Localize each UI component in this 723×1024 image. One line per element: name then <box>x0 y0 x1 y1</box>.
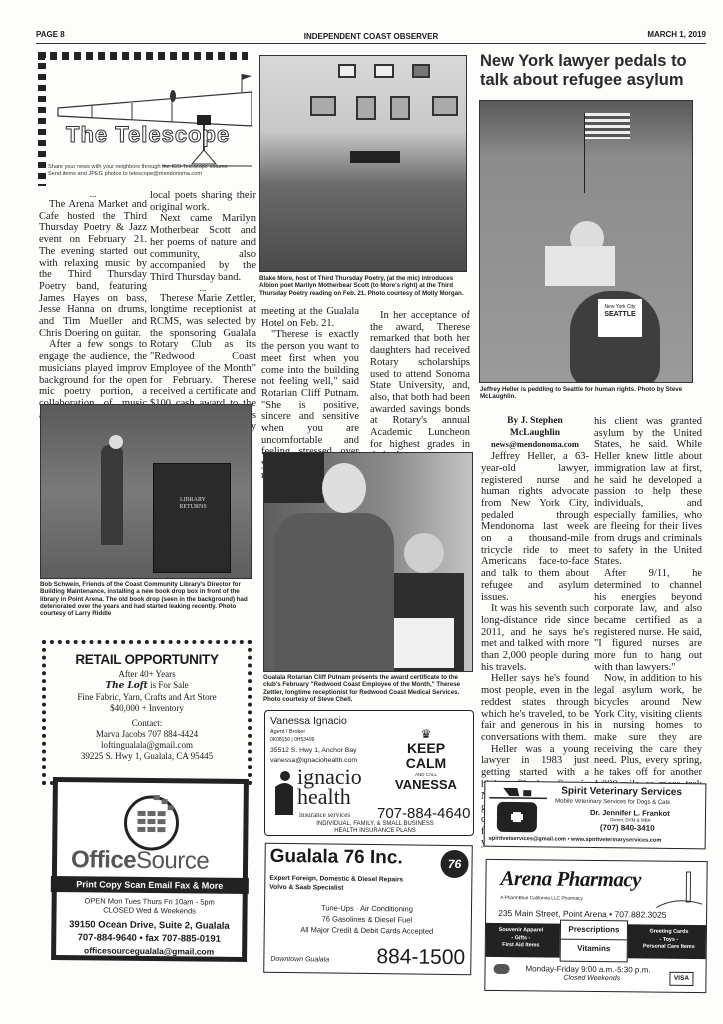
service-line: Volvo & Saab Specialist <box>269 883 403 894</box>
poetry-photo-caption: Blake More, host of Third Thursday Poetr… <box>259 275 469 297</box>
gualala76-phone: 884-1500 <box>376 945 465 970</box>
keep-calm-block: ♛ KEEP CALM AND CALL VANESSA <box>381 727 471 792</box>
retail-title: RETAIL OPPORTUNITY <box>46 652 248 667</box>
arena-pharmacy-title: Arena Pharmacy <box>500 866 641 892</box>
paragraph: local poets sharing their original work. <box>150 190 256 213</box>
pharmacy-hours: Monday-Friday 9:00 a.m.-5:30 p.m. <box>526 964 651 974</box>
ignacio-health-ad: Vanessa Ignacio Agent / Broker 0K08156 |… <box>264 710 474 836</box>
address-text: 235 Main Street, Point Arena • 707.882.3… <box>498 908 666 920</box>
tagline-line: INDIVIDUAL, FAMILY, & SMALL BUSINESS <box>295 821 455 828</box>
film-border-top <box>38 52 248 60</box>
page-header: PAGE 8 INDEPENDENT COAST OBSERVER MARCH … <box>36 28 706 44</box>
visa-icon: VISA <box>669 972 693 986</box>
arena-pharmacy-subtitle: A PharmBlue California LLC Pharmacy <box>500 896 583 902</box>
spirit-vet-contact[interactable]: spiritvetservices@gmail.com • www.spirit… <box>489 836 662 844</box>
paragraph: Jeffrey Heller, a 63-year-old lawyer, re… <box>481 451 589 603</box>
spirit-vet-phone: (707) 840-3410 <box>600 823 655 833</box>
telescope-note: Share your news with your neighbors thro… <box>48 164 228 178</box>
poetry-event-photo <box>259 55 467 272</box>
brand-sub: insurance services <box>299 811 350 819</box>
note-line: Send items and JPEG photos to telescope@… <box>48 171 228 178</box>
arena-services-bar: Souvenir Apparel - Gifts - First Aid Ite… <box>486 923 706 959</box>
agent-license: 0K08156 | 0H53499 <box>270 737 314 743</box>
paragraph: In her acceptance of the award, Therese … <box>370 310 470 462</box>
retail-line: The Loft is For Sale <box>46 680 248 692</box>
spirit-vet-ad: Spirit Veterinary Services Mobile Veteri… <box>484 781 707 850</box>
film-border-left <box>38 52 46 186</box>
agent-address: 35512 S. Hwy 1, Anchor Bay <box>270 747 357 754</box>
contact-name: Marva Jacobs 707 884-4424 <box>46 729 248 740</box>
note-line: Share your news with your neighbors thro… <box>48 164 228 171</box>
byline-email[interactable]: news@mendonoma.com <box>481 439 589 451</box>
officesource-brand: OfficeSource <box>71 846 209 875</box>
spirit-vet-doctor: Dr. Jennifer L. Frankot <box>590 808 670 818</box>
spirit-vet-creds: Owner, DVM & MBA <box>610 817 651 822</box>
service-item: First Aid Items <box>488 942 554 950</box>
brand-office: Office <box>71 846 136 874</box>
byline: By J. Stephen McLaughlin <box>481 416 589 439</box>
retail-price: $40,000 + Inventory <box>46 703 248 714</box>
mastercard-icon <box>493 964 509 974</box>
american-flag-icon <box>584 113 630 139</box>
vanessa-text: VANESSA <box>381 778 471 792</box>
contact-address: 39225 S. Hwy 1, Gualala, CA 95445 <box>46 751 248 762</box>
retail-line: After 40+ Years <box>46 669 248 680</box>
agent-name: Vanessa Ignacio <box>270 715 347 727</box>
issue-date: MARCH 1, 2019 <box>647 30 706 39</box>
officesource-services-bar: Print Copy Scan Email Fax & More <box>51 876 249 894</box>
pharmacy-closed: Closed Weekends <box>563 975 620 983</box>
paragraph: Heller says he's found most people, even… <box>481 673 589 743</box>
arena-pharmacy-ad: Arena Pharmacy A PharmBlue California LL… <box>484 859 707 993</box>
officesource-ad: OfficeSource Print Copy Scan Email Fax &… <box>51 777 249 962</box>
telescope-title: The Telescope <box>66 122 230 148</box>
calm-text: CALM <box>381 756 471 771</box>
paragraph: After 9/11, he determined to channel his… <box>594 568 702 673</box>
spirit-vet-subtitle: Mobile Veterinary Services for Dogs & Ca… <box>555 799 670 806</box>
lead-headline: New York lawyer pedals to talk about ref… <box>480 52 710 90</box>
family-silhouette-icon <box>271 769 297 817</box>
service-item: Personal Care Items <box>634 944 704 952</box>
heller-photo-caption: Jeffrey Heller is peddling to Seattle fo… <box>480 386 694 401</box>
officesource-email[interactable]: officesourcegualala@gmail.com <box>56 944 242 959</box>
ignacio-phone: 707-884-4640 <box>377 805 470 822</box>
keep-text: KEEP <box>381 741 471 756</box>
gualala76-ad: Gualala 76 Inc. 76 Expert Foreign, Domes… <box>263 843 473 976</box>
paragraph: meeting at the Gualala Hotel on Feb. 21. <box>261 306 359 329</box>
contact-email[interactable]: loftingualala@gmail.com <box>46 740 248 751</box>
arena-pharmacy-address: 235 Main Street, Point Arena • 707.882.3… <box>498 908 666 920</box>
retail-line: is For Sale <box>148 680 189 690</box>
sign-line: New York City <box>598 303 642 311</box>
sign-line: SEATTLE <box>598 311 642 319</box>
library-returns-sign: LIBRARY RETURNS <box>171 497 215 511</box>
tagline-line: HEALTH INSURANCE PLANS <box>295 828 455 835</box>
loft-logo: The Loft <box>105 681 147 691</box>
brand-health: health <box>297 787 362 807</box>
office-keypad-logo-icon <box>123 789 184 852</box>
agent-email[interactable]: vanessa@ignaciohealth.com <box>270 757 357 764</box>
newspaper-name: INDEPENDENT COAST OBSERVER <box>36 32 706 41</box>
telescope-icon <box>52 70 252 170</box>
telescope-column-banner: The Telescope Share your news with your … <box>38 52 256 188</box>
agent-title: Agent / Broker <box>270 729 305 735</box>
union76-logo-icon: 76 <box>440 850 468 878</box>
paragraph: Next came Marilyn Motherbear Scott and h… <box>150 213 256 283</box>
rotary-award-photo <box>263 452 473 672</box>
library-photo: LIBRARY RETURNS <box>40 404 252 579</box>
trike-sign: New York City SEATTLE <box>598 299 642 337</box>
vitamins-label: Vitamins <box>561 940 627 959</box>
paragraph: The Arena Market and Cafe hosted the Thi… <box>39 199 147 339</box>
separator: ... <box>39 190 147 199</box>
lead-article-col2: his client was granted asylum by the Uni… <box>594 416 702 836</box>
rotary-photo-caption: Gualala Rotarian Cliff Putnam presents t… <box>263 674 475 703</box>
telescope-article-col4: In her acceptance of the award, Therese … <box>370 310 470 471</box>
ignacio-brand: ignacio health <box>297 767 362 807</box>
service-line: All Major Credit & Debit Cards Accepted <box>265 924 469 937</box>
gualala76-title: Gualala 76 Inc. <box>269 846 402 870</box>
crown-icon: ♛ <box>381 727 471 741</box>
retail-line: Fine Fabric, Yarn, Crafts and Art Store <box>46 692 248 703</box>
ignacio-tagline: INDIVIDUAL, FAMILY, & SMALL BUSINESS HEA… <box>295 821 455 834</box>
library-photo-caption: Bob Schwein, Friends of the Coast Commun… <box>40 581 252 617</box>
brand-source: Source <box>136 847 209 875</box>
contact-label: Contact: <box>46 718 248 729</box>
dog-cat-sign-icon <box>489 784 548 835</box>
gualala76-location: Downtown Gualala <box>270 956 329 964</box>
telescope-article-col1: ... The Arena Market and Cafe hosted the… <box>39 190 147 421</box>
prescriptions-label: Prescriptions <box>561 921 627 941</box>
paragraph: It was his seventh such long-distance ri… <box>481 603 589 673</box>
heller-tricycle-photo: New York City SEATTLE <box>479 100 693 383</box>
paragraph: his client was granted asylum by the Uni… <box>594 416 702 568</box>
lighthouse-icon <box>656 868 702 912</box>
spirit-vet-title: Spirit Veterinary Services <box>561 786 682 798</box>
retail-opportunity-ad: RETAIL OPPORTUNITY After 40+ Years The L… <box>42 640 252 785</box>
